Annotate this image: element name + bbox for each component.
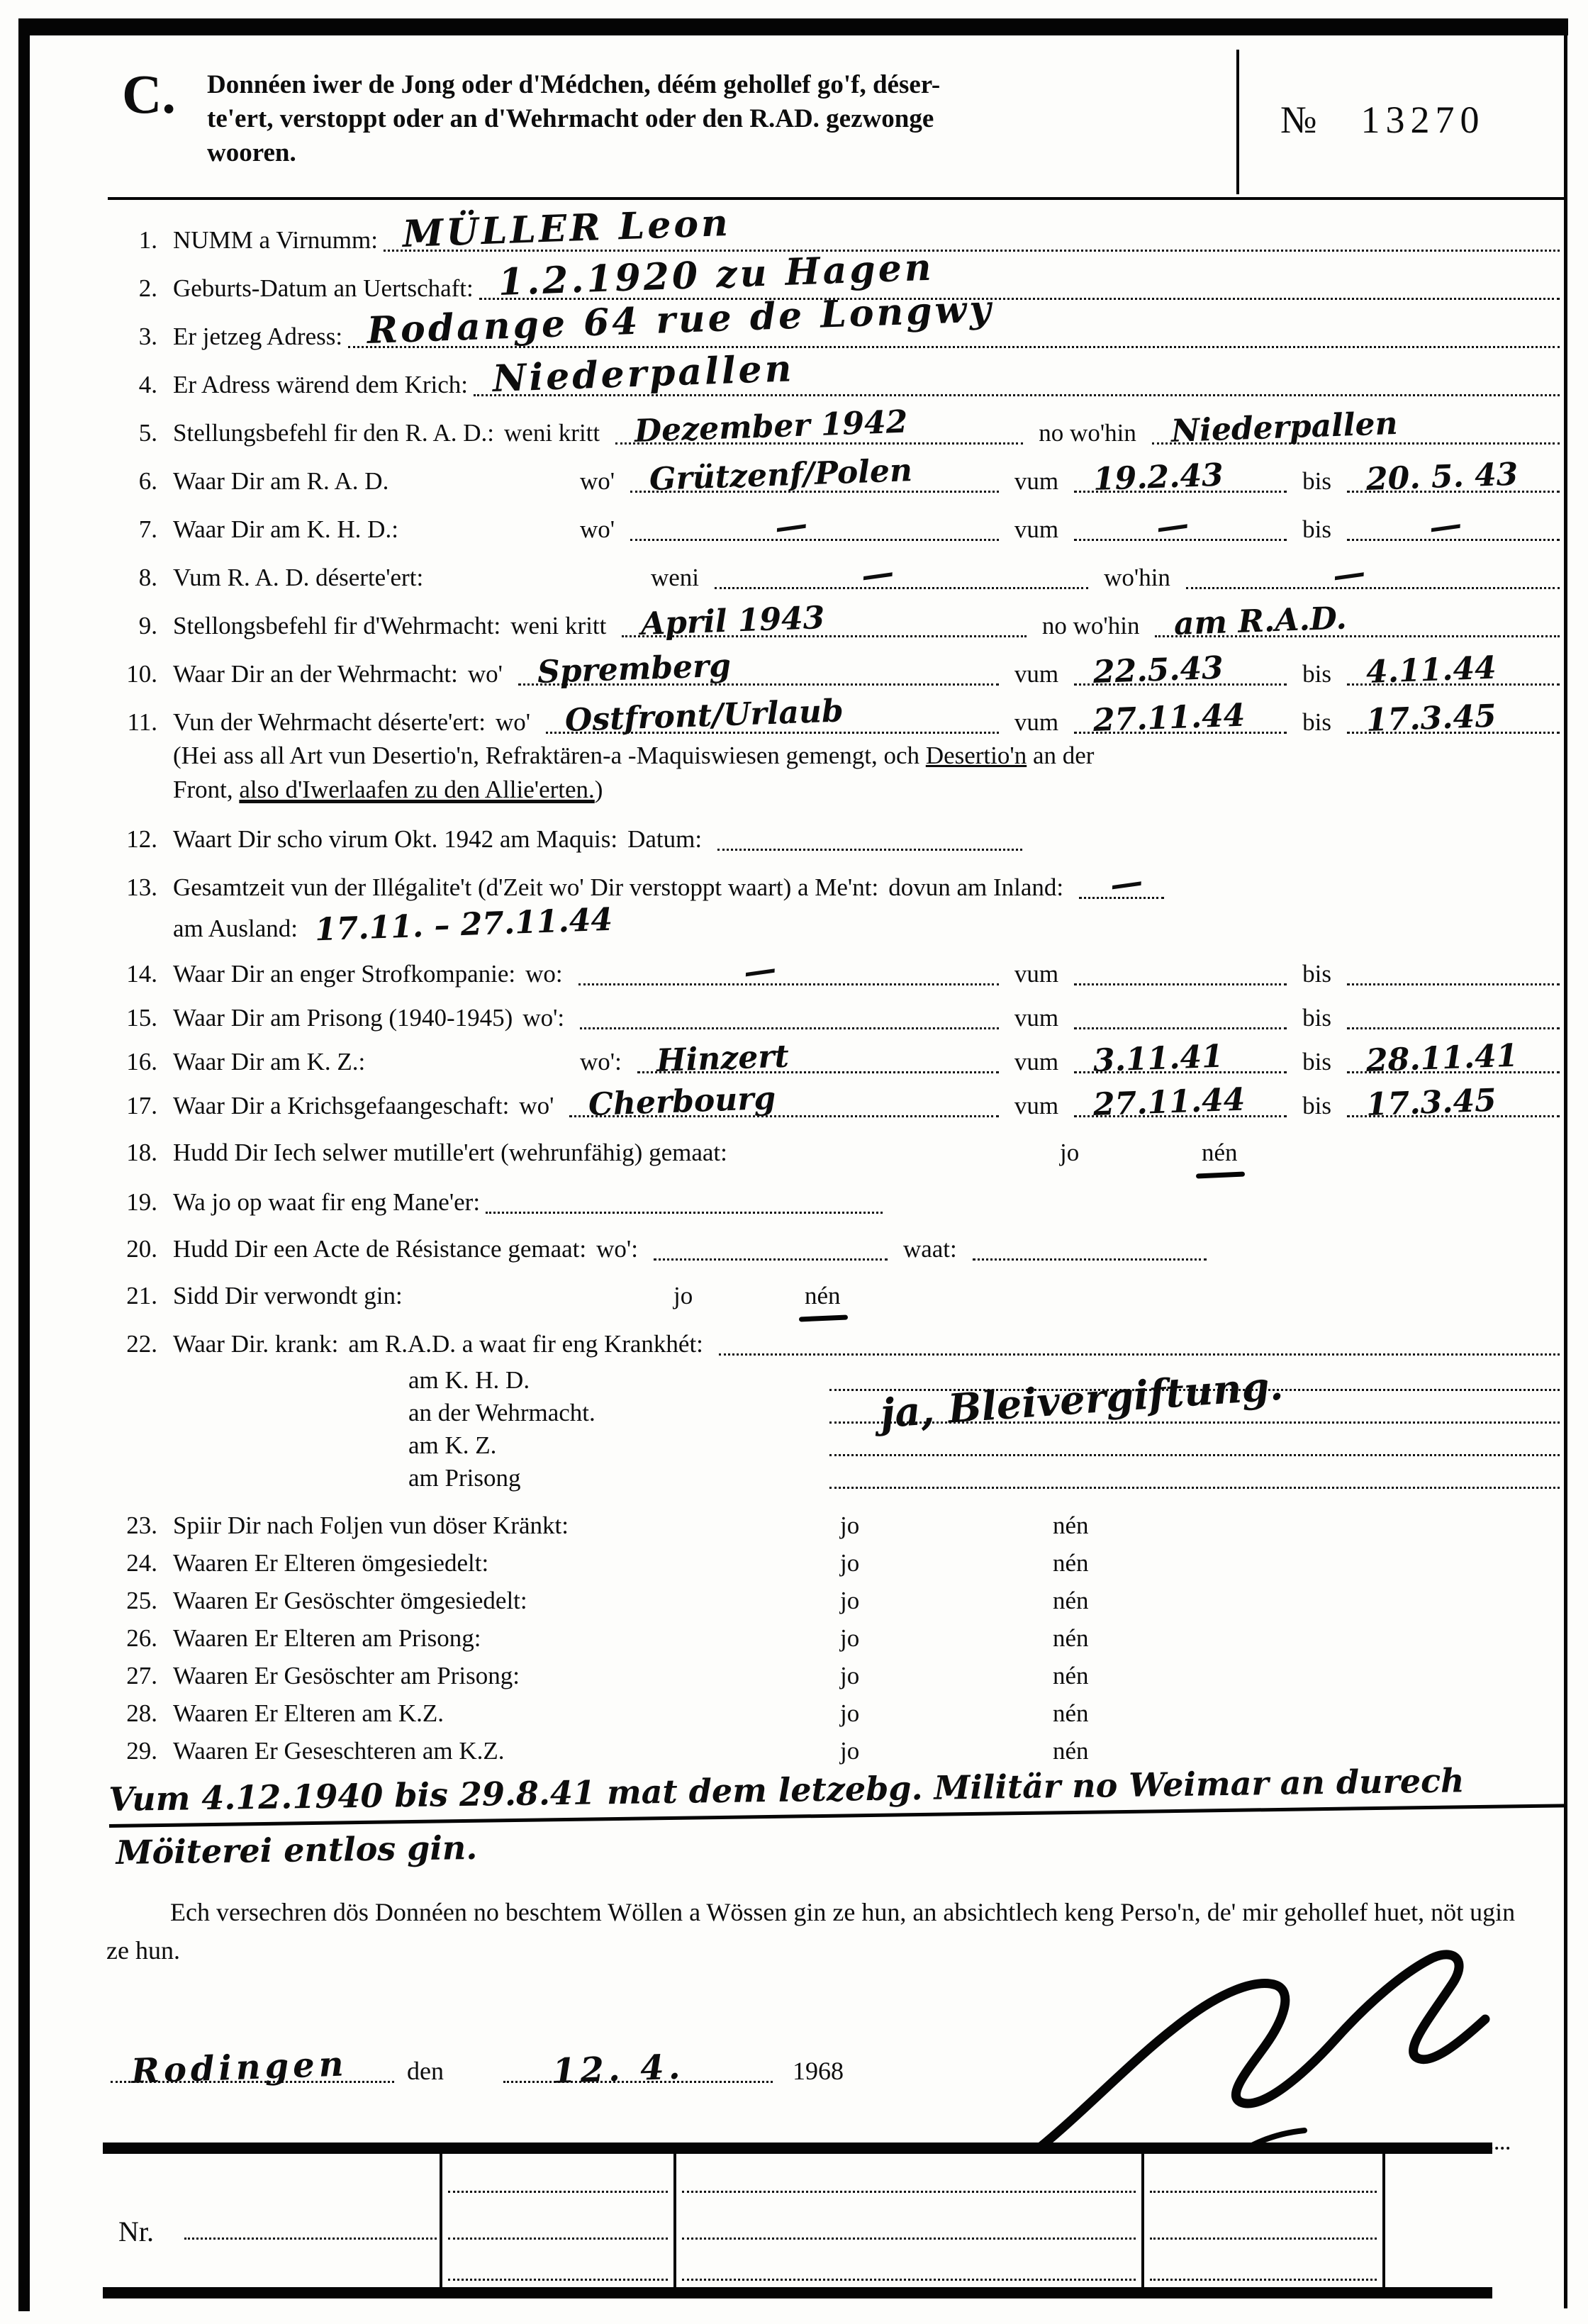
form-item-18: 18. Hudd Dir Iech selwer mutille'ert (we… [106, 1138, 1565, 1168]
form-item-15: 15. Waar Dir am Prisong (1940-1945) wo':… [106, 1003, 1565, 1033]
dotted-field: 3.11.41 [1074, 1049, 1287, 1077]
handwritten-entry: Dezember 1942 [634, 404, 908, 451]
item-label: Spiir Dir nach Foljen vun döser Kränkt: [173, 1511, 569, 1541]
note-text: an der [1027, 742, 1094, 769]
dotted-field: April 1943 [622, 613, 1027, 641]
item-number: 13. [106, 873, 157, 903]
item-number: 1. [106, 225, 157, 255]
field-label-inland: dovun am Inland: [888, 873, 1063, 903]
item-number: 10. [106, 659, 157, 689]
sub-label-rad: am R.A.D. a waat fir eng Krankhét: [348, 1329, 703, 1359]
item-label: Waaren Er Geseschteren am K.Z. [173, 1736, 505, 1766]
dotted-field: 17.3.45 [1347, 709, 1560, 737]
dotted-field: 17.3.45 [1347, 1093, 1560, 1121]
handwritten-entry: 19.2.43 [1092, 457, 1224, 499]
dotted-cell [1150, 2238, 1377, 2240]
handwritten-entry: am R.A.D. [1174, 600, 1348, 644]
item-label: Waaren Er Gesöschter ömgesiedelt: [173, 1586, 527, 1616]
item-number: 24. [106, 1548, 157, 1578]
handwritten-dash: — [1330, 552, 1368, 596]
answer-nen: nén [1053, 1586, 1089, 1616]
dotted-field: Niederpallen [474, 371, 1560, 400]
answer-jo: jo [840, 1511, 859, 1541]
handwritten-entry: 4.11.44 [1365, 650, 1497, 692]
answer-jo: jo [840, 1624, 859, 1653]
item-label: NUMM a Virnumm: [173, 225, 378, 255]
item-number: 20. [106, 1234, 157, 1264]
form-item-20: 20. Hudd Dir een Acte de Résistance gema… [106, 1234, 1565, 1264]
field-label-weni-kritt: weni kritt [510, 611, 606, 641]
footer-table: Nr. [103, 2143, 1492, 2298]
dotted-field: — [578, 961, 999, 989]
handwritten-entry: 22.5.43 [1092, 650, 1224, 692]
dotted-field: — [1074, 516, 1287, 544]
item-number: 7. [106, 515, 157, 544]
header-divider [1236, 50, 1239, 194]
dotted-cell [184, 2238, 437, 2240]
dotted-field: Grützenf/Polen [630, 468, 999, 496]
field-label-weni-kritt: weni kritt [504, 418, 600, 448]
item-number: 19. [106, 1188, 157, 1217]
form-item-23: 23. Spiir Dir nach Foljen vun döser Krän… [106, 1511, 1565, 1541]
dotted-field [486, 1189, 883, 1217]
handwritten-entry: 17.3.45 [1365, 1082, 1497, 1124]
sub-label: am Prisong [408, 1464, 824, 1492]
section-description-line3: wooren. [207, 136, 1214, 170]
handwritten-entry: 17.11. – 27.11.44 [314, 901, 613, 949]
form-item-14: 14. Waar Dir an enger Strofkompanie: wo:… [106, 959, 1565, 989]
form-item-9: 9. Stellongsbefehl fir d'Wehrmacht: weni… [106, 611, 1565, 641]
field-label-wo: wo' [519, 1091, 554, 1121]
answer-nen: nén [1053, 1511, 1089, 1541]
dotted-field [719, 1331, 1560, 1359]
form-item-7: 7. Waar Dir am K. H. D.: wo' — vum — bis… [106, 515, 1565, 544]
form-item-4: 4. Er Adress wärend dem Krich: Niederpal… [106, 370, 1565, 400]
form-item-10: 10. Waar Dir an der Wehrmacht: wo' Sprem… [106, 659, 1565, 689]
field-label-wo: wo' [580, 467, 615, 496]
form-item-12: 12. Waart Dir scho virum Okt. 1942 am Ma… [106, 825, 1565, 854]
handwritten-dash: — [1153, 504, 1191, 547]
field-label-no-wohin: no wo'hin [1039, 418, 1136, 448]
item-number: 2. [106, 274, 157, 303]
item-number: 16. [106, 1047, 157, 1077]
field-label-wo: wo' [496, 708, 530, 737]
item-label: Waaren Er Elteren am K.Z. [173, 1699, 444, 1728]
answer-jo: jo [840, 1661, 859, 1691]
dotted-cell [448, 2191, 668, 2193]
form-item-24: 24. Waaren Er Elteren ömgesiedelt: jo né… [106, 1548, 1565, 1578]
handwritten-date: 12. 4. [552, 2048, 685, 2091]
item-number: 9. [106, 611, 157, 641]
dotted-field [580, 1005, 999, 1033]
form-item-13: 13. Gesamtzeit vun der Illégalite't (d'Z… [106, 873, 1565, 903]
item-label: Gesamtzeit vun der Illégalite't (d'Zeit … [173, 873, 878, 903]
field-label-bis: bis [1302, 708, 1331, 737]
dotted-field: MÜLLER Leon [384, 227, 1560, 255]
handwritten-entry: 17.3.45 [1365, 698, 1497, 740]
handwritten-place: Rodingen [130, 2045, 348, 2092]
form-item-26: 26. Waaren Er Elteren am Prisong: jo nén [106, 1624, 1565, 1653]
dotted-field [973, 1236, 1207, 1264]
note-underlined: also d'Iwerlaafen zu den Allie'erten. [239, 776, 594, 803]
item-number: 18. [106, 1138, 157, 1168]
item-label: Wa jo op waat fir eng Mane'er: [173, 1188, 480, 1217]
field-label-vum: vum [1014, 1003, 1058, 1033]
note-text: ) [595, 776, 603, 803]
form-number-value: 13270 [1361, 99, 1485, 141]
dotted-field [1347, 1005, 1560, 1033]
handwritten-dash: — [1426, 504, 1464, 547]
frame-top [18, 18, 1568, 35]
form-item-16: 16. Waar Dir am K. Z.: wo': Hinzert vum … [106, 1047, 1565, 1077]
handwritten-entry: 28.11.41 [1365, 1037, 1519, 1080]
handwritten-dash: — [772, 504, 810, 547]
answer-jo: jo [673, 1281, 693, 1311]
form-item-13-ausland: am Ausland: 17.11. – 27.11.44 [173, 907, 1565, 944]
form-item-25: 25. Waaren Er Gesöschter ömgesiedelt: jo… [106, 1586, 1565, 1616]
dotted-field: 19.2.43 [1074, 468, 1287, 496]
dotted-field: — [630, 516, 999, 544]
handwritten-entry: Hinzert [656, 1038, 789, 1080]
field-label-wo: wo' [468, 659, 503, 689]
dotted-cell [682, 2238, 1136, 2240]
item-number: 26. [106, 1624, 157, 1653]
answer-nen: nén [1053, 1661, 1089, 1691]
item-number: 23. [106, 1511, 157, 1541]
dotted-field: Rodange 64 rue de Longwy [348, 323, 1560, 352]
item-label: Sidd Dir verwondt gin: [173, 1281, 403, 1311]
sub-label: an der Wehrmacht. [408, 1399, 824, 1427]
field-label-wo: wo': [522, 1003, 564, 1033]
sub-label: am K. Z. [408, 1431, 824, 1460]
dotted-field [654, 1236, 888, 1264]
den-label: den [407, 2056, 444, 2086]
form-item-29: 29. Waaren Er Geseschteren am K.Z. jo né… [106, 1736, 1565, 1766]
number-sign: № [1280, 99, 1319, 141]
form-item-5: 5. Stellungsbefehl fir den R. A. D.: wen… [106, 418, 1565, 448]
field-label-vum: vum [1014, 1091, 1058, 1121]
dotted-field: — [1347, 516, 1560, 544]
note-underlined: Desertio'n [926, 742, 1027, 769]
dotted-field [717, 826, 1022, 854]
dotted-cell [448, 2238, 668, 2240]
answer-jo: jo [840, 1586, 859, 1616]
item-label: Waar Dir an der Wehrmacht: [173, 659, 458, 689]
dotted-field: — [1186, 564, 1560, 593]
dotted-field: 27.11.44 [1074, 709, 1287, 737]
item-number: 25. [106, 1586, 157, 1616]
answer-nen-marked: nén [1202, 1138, 1238, 1168]
form-item-21: 21. Sidd Dir verwondt gin: jo nén [106, 1281, 1565, 1311]
form-item-8: 8. Vum R. A. D. déserte'ert: weni — wo'h… [106, 563, 1565, 593]
year-label: 1968 [793, 2056, 844, 2086]
item-11-note: (Hei ass all Art vun Desertio'n, Refrakt… [173, 739, 1565, 808]
frame-left [18, 18, 30, 2311]
dotted-field: Ostfront/Urlaub [546, 709, 999, 737]
item-label: Hudd Dir Iech selwer mutille'ert (wehrun… [173, 1138, 727, 1168]
field-label-vum: vum [1014, 467, 1058, 496]
dotted-field [1347, 961, 1560, 989]
item-label: Waar Dir. krank: [173, 1329, 338, 1359]
header-rule [108, 197, 1565, 200]
field-label-bis: bis [1302, 659, 1331, 689]
signature-area [971, 1928, 1524, 2169]
dotted-field: am R.A.D. [1155, 613, 1560, 641]
field-label-wo: wo' [580, 515, 615, 544]
answer-nen: nén [1053, 1624, 1089, 1653]
answer-nen: nén [1053, 1548, 1089, 1578]
table-divider [440, 2154, 442, 2287]
item-label: Waart Dir scho virum Okt. 1942 am Maquis… [173, 825, 617, 854]
field-label-bis: bis [1302, 467, 1331, 496]
dotted-field: — [1079, 874, 1164, 903]
field-label-vum: vum [1014, 1047, 1058, 1077]
handwritten-addendum: Vum 4.12.1940 bis 29.8.41 mat dem letzeb… [109, 1780, 1565, 1872]
handwritten-entry: Niederpallen [1170, 406, 1398, 451]
item-number: 27. [106, 1661, 157, 1691]
field-label-bis: bis [1302, 1003, 1331, 1033]
handwritten-dash: — [859, 552, 896, 596]
field-label-weni: weni [651, 563, 699, 593]
item-label: Waar Dir an enger Strofkompanie: [173, 959, 515, 989]
item-label: Stellongsbefehl fir d'Wehrmacht: [173, 611, 501, 641]
dotted-field: 20. 5. 43 [1347, 468, 1560, 496]
item-label: Er jetzeg Adress: [173, 322, 342, 352]
item-label: Vun der Wehrmacht déserte'ert: [173, 708, 486, 737]
handwritten-entry: 27.11.44 [1092, 1081, 1246, 1124]
handwritten-entry: 3.11.41 [1092, 1038, 1224, 1080]
item-number: 4. [106, 370, 157, 400]
item-label: Waaren Er Elteren ömgesiedelt: [173, 1548, 488, 1578]
handwritten-entry: Grützenf/Polen [649, 452, 913, 499]
item-number: 14. [106, 959, 157, 989]
section-letter: C. [122, 62, 176, 126]
dotted-cell [682, 2279, 1136, 2281]
field-label-wohin: wo'hin [1104, 563, 1170, 593]
item-label: Geburts-Datum an Uertschaft: [173, 274, 474, 303]
item-label: Waar Dir am R. A. D. [173, 467, 570, 496]
dotted-field: — [715, 564, 1088, 593]
form-item-17: 17. Waar Dir a Krichsgefaangeschaft: wo'… [106, 1091, 1565, 1121]
form-number: №13270 [1280, 98, 1485, 142]
dotted-cell [682, 2191, 1136, 2193]
nr-label: Nr. [118, 2215, 154, 2248]
note-text: Front, [173, 776, 239, 803]
item-label: Waaren Er Elteren am Prisong: [173, 1624, 481, 1653]
field-label-ausland: am Ausland: [173, 914, 298, 944]
dotted-field: Spremberg [518, 661, 999, 689]
signature-scribble [971, 1928, 1524, 2169]
handwritten-dash: — [741, 949, 778, 992]
dotted-field: Niederpallen [1152, 420, 1560, 448]
item-label: Hudd Dir een Acte de Résistance gemaat: [173, 1234, 586, 1264]
dotted-field [1074, 1005, 1287, 1033]
answer-jo: jo [840, 1736, 859, 1766]
dotted-field: 22.5.43 [1074, 661, 1287, 689]
handwritten-entry: Cherbourg [588, 1080, 777, 1124]
item-number: 6. [106, 467, 157, 496]
item-number: 11. [106, 708, 157, 737]
sub-label: am K. H. D. [408, 1366, 824, 1395]
item-label: Waar Dir a Krichsgefaangeschaft: [173, 1091, 509, 1121]
table-divider [1141, 2154, 1144, 2287]
dotted-field: Cherbourg [569, 1093, 999, 1121]
item-number: 22. [106, 1329, 157, 1359]
section-description-line1: Donnéen iwer de Jong oder d'Médchen, déé… [207, 68, 1214, 102]
dotted-cell [1150, 2279, 1377, 2281]
field-label-no-wohin: no wo'hin [1042, 611, 1140, 641]
field-label-bis: bis [1302, 959, 1331, 989]
item-number: 8. [106, 563, 157, 593]
item-label: Waar Dir am Prisong (1940-1945) [173, 1003, 513, 1033]
answer-jo: jo [840, 1548, 859, 1578]
form-item-28: 28. Waaren Er Elteren am K.Z. jo nén [106, 1699, 1565, 1728]
handwritten-dash: — [1107, 862, 1145, 905]
field-label-bis: bis [1302, 1047, 1331, 1077]
handwritten-entry: Niederpallen [492, 347, 795, 401]
handwritten-entry: Spremberg [537, 648, 732, 692]
form-item-11: 11. Vun der Wehrmacht déserte'ert: wo' O… [106, 708, 1565, 737]
item-number: 3. [106, 322, 157, 352]
dotted-cell [448, 2279, 668, 2281]
form-item-27: 27. Waaren Er Gesöschter am Prisong: jo … [106, 1661, 1565, 1691]
answer-nen: nén [1053, 1699, 1089, 1728]
field-label-vum: vum [1014, 515, 1058, 544]
item-label: Waar Dir am K. H. D.: [173, 515, 570, 544]
answer-nen: nén [1053, 1736, 1089, 1766]
table-divider [673, 2154, 676, 2287]
handwritten-entry: 27.11.44 [1092, 698, 1246, 740]
form-item-22: 22. Waar Dir. krank: am R.A.D. a waat fi… [106, 1329, 1565, 1492]
table-divider [1382, 2154, 1385, 2287]
field-label-datum: Datum: [627, 825, 702, 854]
section-description: Donnéen iwer de Jong oder d'Médchen, déé… [207, 68, 1214, 170]
handwritten-entry: 20. 5. 43 [1365, 457, 1519, 499]
form-item-19: 19. Wa jo op waat fir eng Mane'er: [106, 1188, 1565, 1217]
form-item-6: 6. Waar Dir am R. A. D. wo' Grützenf/Pol… [106, 467, 1565, 496]
dotted-field: Hinzert [637, 1049, 999, 1077]
item-number: 29. [106, 1736, 157, 1766]
field-label-wo: wo: [525, 959, 563, 989]
dotted-field [1074, 961, 1287, 989]
scanned-form-page: C. Donnéen iwer de Jong oder d'Médchen, … [0, 0, 1588, 2324]
answer-nen-marked: nén [805, 1281, 841, 1311]
item-number: 17. [106, 1091, 157, 1121]
item-number: 21. [106, 1281, 157, 1311]
item-label: Er Adress wärend dem Krich: [173, 370, 468, 400]
item-number: 5. [106, 418, 157, 448]
dotted-field: 27.11.44 [1074, 1093, 1287, 1121]
field-label-wo: wo': [580, 1047, 622, 1077]
field-label-vum: vum [1014, 708, 1058, 737]
dotted-cell [1150, 2191, 1377, 2193]
field-label-vum: vum [1014, 959, 1058, 989]
item-number: 12. [106, 825, 157, 854]
section-description-line2: te'ert, verstoppt oder an d'Wehrmacht od… [207, 102, 1214, 136]
field-label-vum: vum [1014, 659, 1058, 689]
dotted-field: 4.11.44 [1347, 661, 1560, 689]
field-label-wo: wo': [596, 1234, 638, 1264]
form-body: 1. NUMM a Virnumm: MÜLLER Leon 2. Geburt… [106, 225, 1565, 2096]
item-number: 15. [106, 1003, 157, 1033]
item-22-main-line: 22. Waar Dir. krank: am R.A.D. a waat fi… [106, 1329, 1565, 1359]
item-label: Vum R. A. D. déserte'ert: [173, 563, 641, 593]
item-number: 28. [106, 1699, 157, 1728]
field-label-waat: waat: [903, 1234, 957, 1264]
note-text: (Hei ass all Art vun Desertio'n, Refrakt… [173, 742, 926, 769]
dotted-field: Dezember 1942 [615, 420, 1023, 448]
answer-jo: jo [1060, 1138, 1079, 1168]
form-item-3: 3. Er jetzeg Adress: Rodange 64 rue de L… [106, 322, 1565, 352]
handwritten-entry: April 1943 [641, 600, 826, 644]
item-label: Waar Dir am K. Z.: [173, 1047, 570, 1077]
handwritten-entry: Ostfront/Urlaub [564, 693, 844, 740]
answer-jo: jo [840, 1699, 859, 1728]
item-label: Stellungsbefehl fir den R. A. D.: [173, 418, 494, 448]
field-label-bis: bis [1302, 515, 1331, 544]
item-label: Waaren Er Gesöschter am Prisong: [173, 1661, 520, 1691]
dotted-field: 28.11.41 [1347, 1049, 1560, 1077]
handwritten-entry: MÜLLER Leon [402, 201, 732, 257]
field-label-bis: bis [1302, 1091, 1331, 1121]
